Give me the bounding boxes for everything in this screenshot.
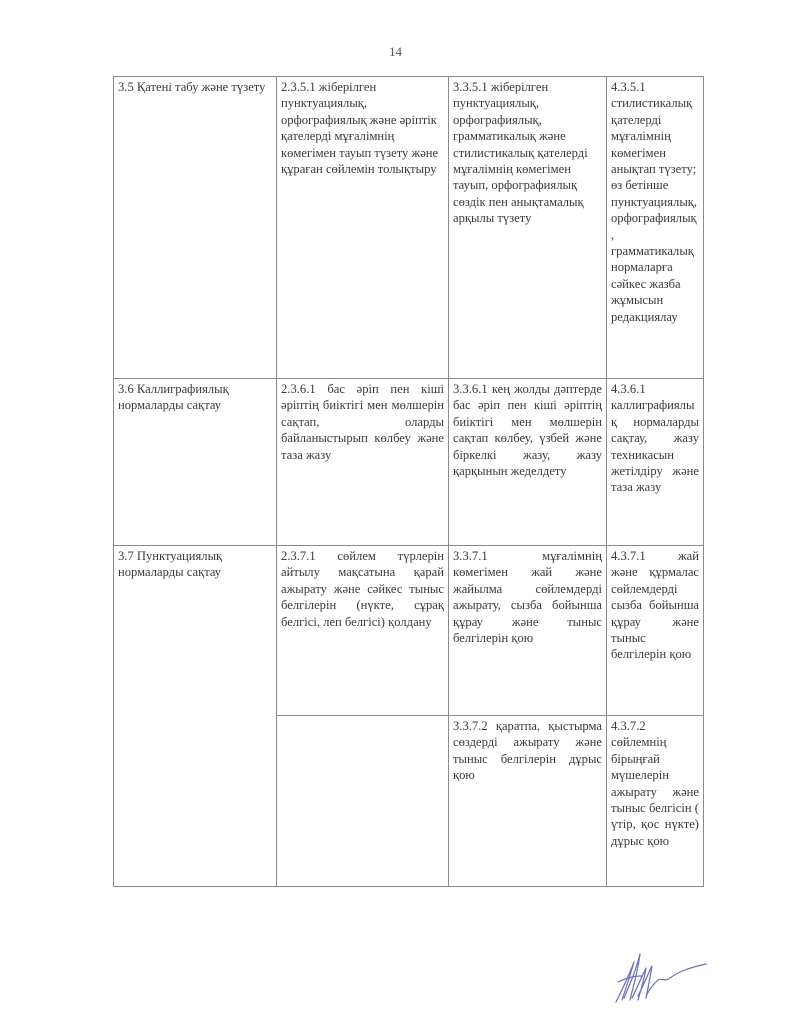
handwritten-signature-icon (608, 940, 728, 1010)
grade3-objective-cell: 3.3.7.2 қаратпа, қыстырма сөздерді ажыра… (449, 716, 607, 887)
table-row: 3.5 Қатені табу және түзету 2.3.5.1 жібе… (114, 77, 704, 379)
page-number: 14 (0, 44, 791, 60)
grade4-objective-cell: 4.3.7.2 сөйлемнің бірыңғай мүшелерін ажы… (607, 716, 704, 887)
topic-cell: 3.7 Пунктуациялық нормаларды сақтау (114, 546, 277, 887)
topic-cell: 3.5 Қатені табу және түзету (114, 77, 277, 379)
grade4-objective-cell: 4.3.7.1 жай және құрмалас сөйлемдерді сы… (607, 546, 704, 716)
grade2-objective-cell: 2.3.6.1 бас әріп пен кіші әріптің биікті… (277, 379, 449, 546)
table-row: 3.6 Каллиграфиялық нормаларды сақтау 2.3… (114, 379, 704, 546)
grade2-objective-cell: 2.3.5.1 жіберілген пунктуациялық, орфогр… (277, 77, 449, 379)
topic-cell: 3.6 Каллиграфиялық нормаларды сақтау (114, 379, 277, 546)
grade4-objective-cell: 4.3.5.1 стилистикалық қателерді мұғалімн… (607, 77, 704, 379)
table-row: 3.7 Пунктуациялық нормаларды сақтау 2.3.… (114, 546, 704, 716)
grade3-objective-cell: 3.3.5.1 жіберілген пунктуациялық, орфогр… (449, 77, 607, 379)
grade3-objective-cell: 3.3.7.1 мұғалімнің көмегімен жай және жа… (449, 546, 607, 716)
curriculum-objectives-table: 3.5 Қатені табу және түзету 2.3.5.1 жібе… (113, 76, 704, 887)
grade2-objective-cell: 2.3.7.1 сөйлем түрлерін айтылу мақсатына… (277, 546, 449, 716)
grade2-objective-cell-empty (277, 716, 449, 887)
grade3-objective-cell: 3.3.6.1 кең жолды дәптерде бас әріп пен … (449, 379, 607, 546)
grade4-objective-cell: 4.3.6.1 каллиграфиялық нормаларды сақтау… (607, 379, 704, 546)
